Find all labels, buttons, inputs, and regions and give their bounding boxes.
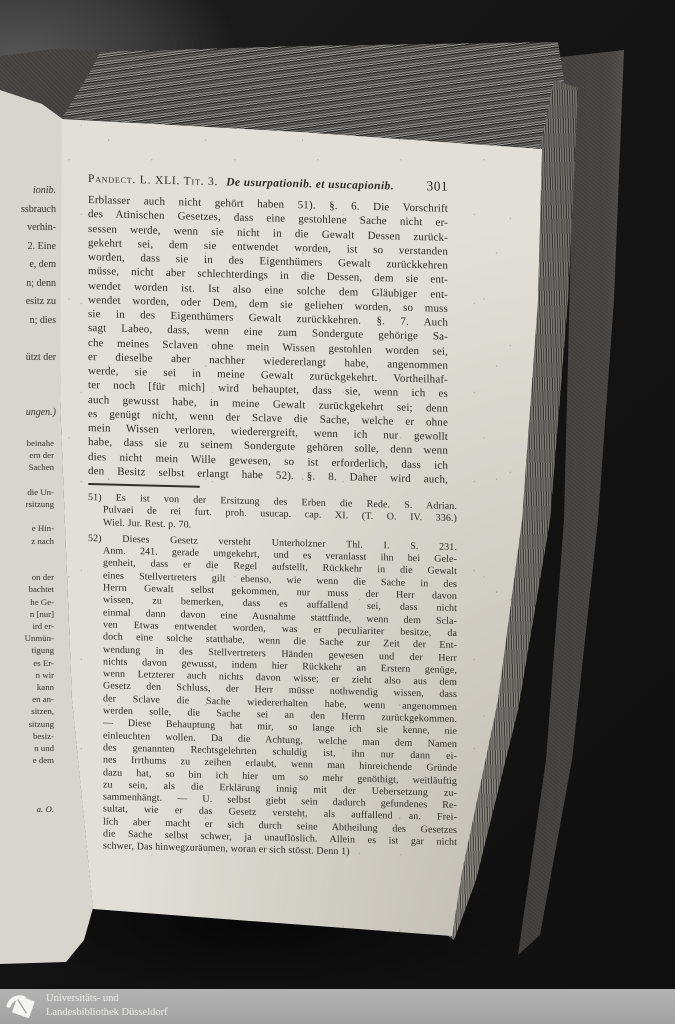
text-fragment: on der (0, 571, 54, 583)
text-fragment (0, 547, 54, 559)
text-fragment: en an- (0, 693, 54, 705)
text-fragment: Sachen (0, 461, 54, 473)
text-fragment: e Hin- (0, 522, 54, 534)
text-fragment (0, 510, 54, 522)
text-fragment: esitz zu (0, 293, 56, 312)
text-fragment: he Ge- (0, 596, 54, 608)
footnote-separator-rule (88, 483, 200, 488)
text-fragment: n wir (0, 669, 54, 681)
text-fragment: Unmün- (0, 632, 54, 644)
text-fragment (0, 330, 56, 349)
running-header: Pandect. L. XLI. Tit. 3.De usurpationib.… (88, 170, 448, 195)
text-fragment: n [nur] (0, 608, 54, 620)
text-fragment: rsitzung (0, 498, 54, 510)
text-fragment: n und (0, 742, 54, 754)
text-fragment: tigung (0, 644, 54, 656)
text-fragment: 2. Eine (0, 238, 56, 257)
library-name-line2: Landesbibliothek Düsseldorf (46, 1006, 168, 1020)
library-name: Universitäts- und Landesbibliothek Düsse… (46, 992, 168, 1020)
text-fragment: a. O. (0, 803, 54, 815)
text-fragment: sitzen, (0, 705, 54, 717)
text-fragment: ützt der (0, 349, 56, 368)
text-fragment: die Un- (0, 486, 54, 498)
text-fragment: n; denn (0, 275, 56, 294)
library-banner: Universitäts- und Landesbibliothek Düsse… (0, 989, 675, 1024)
text-fragment: es Er- (0, 657, 54, 669)
text-fragment: bachtet (0, 583, 54, 595)
library-name-line1: Universitäts- und (46, 992, 168, 1006)
page-number: 301 (427, 178, 448, 195)
text-fragment: n; dies (0, 312, 56, 331)
text-fragment: ionib. (0, 182, 56, 201)
text-fragment: e dem (0, 754, 54, 766)
left-page-text-fragments-lower: beinaheern derSachen die Un-rsitzung e H… (0, 437, 54, 815)
text-fragment: verhin- (0, 219, 56, 238)
main-text: Erblasser auch nicht gehört haben 51). §… (88, 193, 448, 487)
text-fragment (0, 791, 54, 803)
text-fragment: ungen.) (0, 404, 56, 423)
header-title: De usurpationib. et usucapionib. (226, 176, 394, 192)
text-fragment (0, 367, 56, 386)
book-photo: ionib.ssbrauchverhin-2. Einee, demn; den… (0, 0, 675, 1024)
text-fragment (0, 779, 54, 791)
text-fragment: e, dem (0, 256, 56, 275)
text-fragment: ird er- (0, 620, 54, 632)
page-text-block: Pandect. L. XLI. Tit. 3.De usurpationib.… (88, 170, 448, 861)
text-fragment: ssbrauch (0, 201, 56, 220)
text-fragment: besiz- (0, 730, 54, 742)
text-fragment: sitzung (0, 718, 54, 730)
library-logo-icon (6, 992, 40, 1021)
header-section-label: Pandect. L. XLI. Tit. 3. (88, 173, 218, 188)
text-fragment: beinahe (0, 437, 54, 449)
text-fragment (0, 474, 54, 486)
footnote-52: 52) Dieses Gesetz versteht Unterholzner … (88, 533, 457, 862)
text-fragment (0, 559, 54, 571)
text-fragment: z nach (0, 535, 54, 547)
text-fragment: ern der (0, 449, 54, 461)
footnote-51: 51) Es ist von der Ersitzung des Erben d… (88, 492, 457, 538)
text-fragment (0, 386, 56, 405)
text-fragment: kann (0, 681, 54, 693)
text-fragment (0, 766, 54, 778)
left-page-text-fragments-upper: ionib.ssbrauchverhin-2. Einee, demn; den… (0, 182, 56, 423)
